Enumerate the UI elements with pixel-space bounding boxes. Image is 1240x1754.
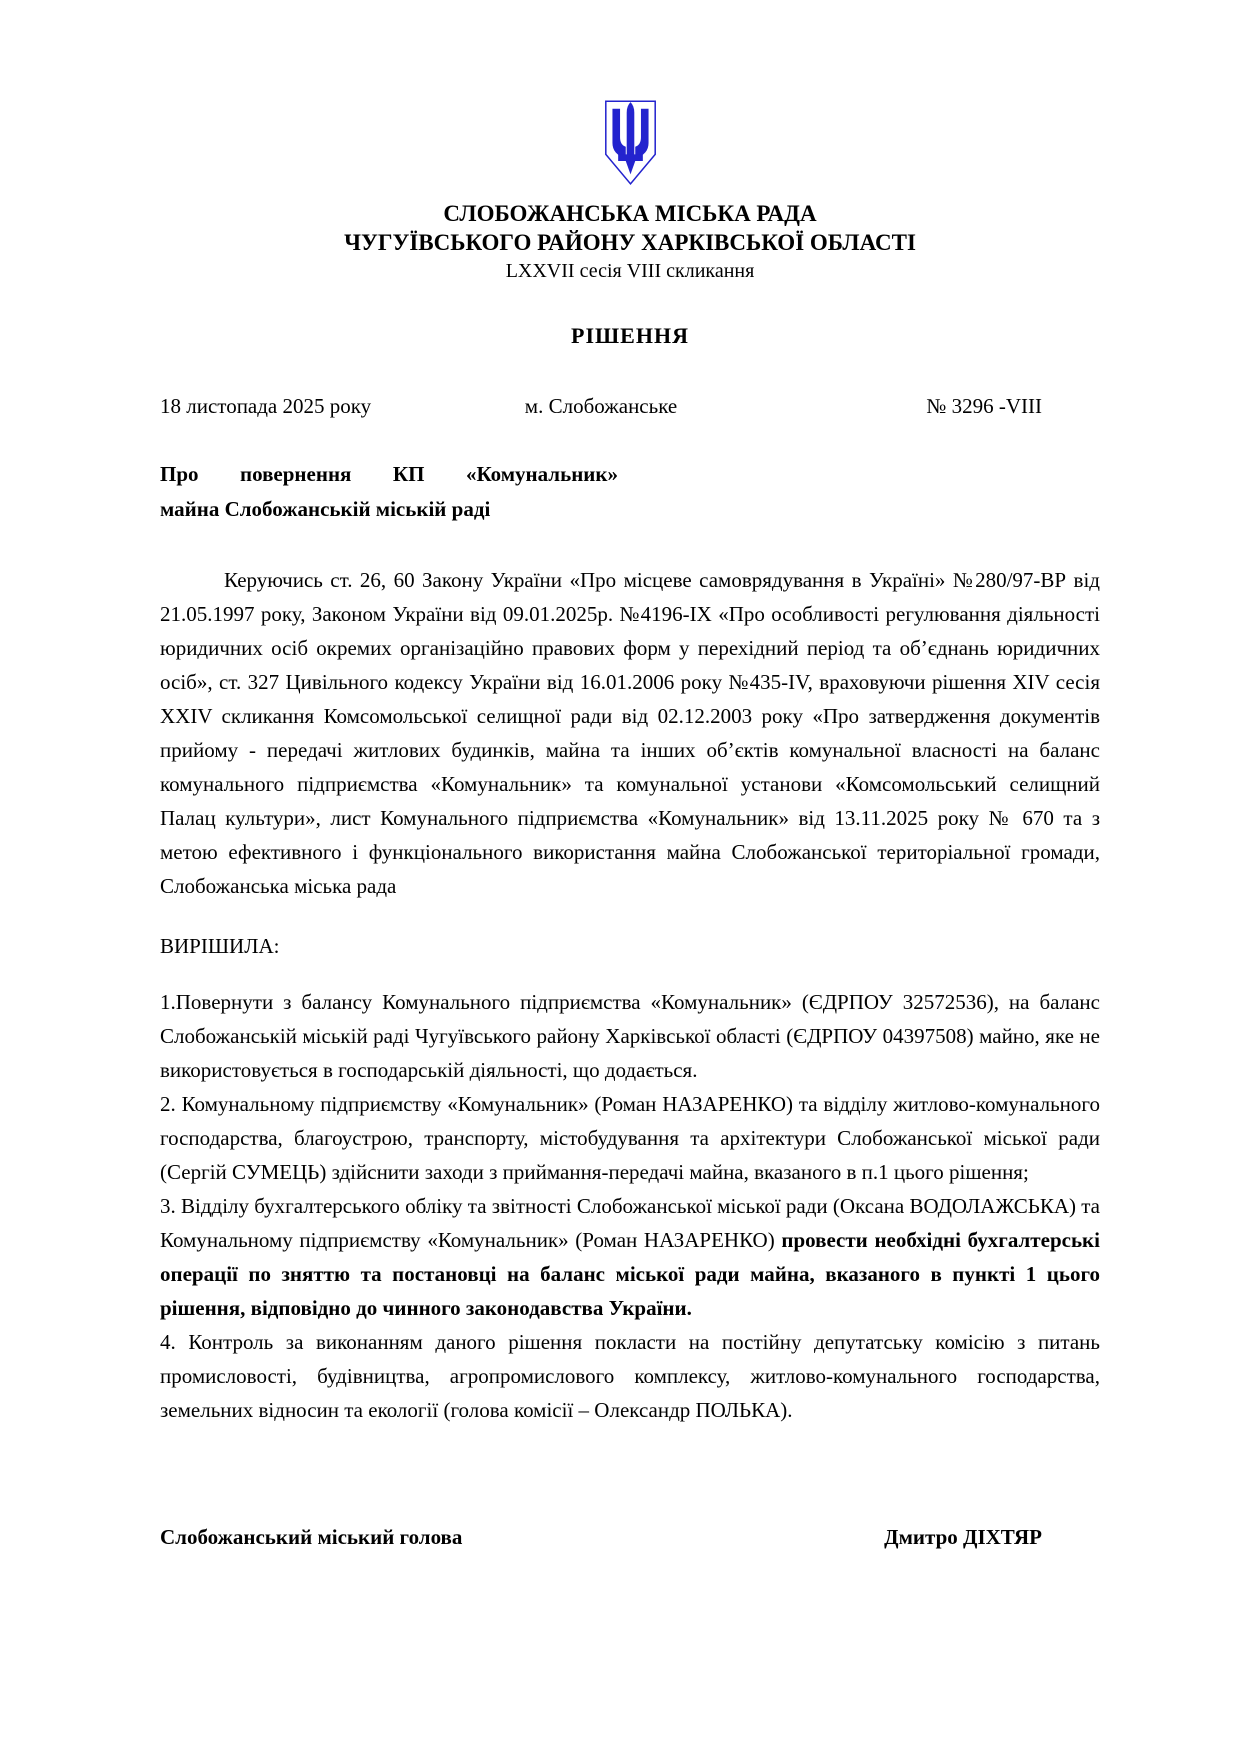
- subject-line-1: Про повернення КП «Комунальник»: [160, 457, 618, 492]
- resolution-item-1: 1.Повернути з балансу Комунального підпр…: [160, 985, 1100, 1087]
- resolution-item-2-text: 2. Комунальному підприємству «Комунальни…: [160, 1092, 1100, 1184]
- decision-subject: Про повернення КП «Комунальник» майна Сл…: [160, 457, 618, 527]
- decision-place: м. Слобожанське: [454, 391, 748, 421]
- subject-line-2: майна Слобожанській міській раді: [160, 492, 618, 527]
- council-name: СЛОБОЖАНСЬКА МІСЬКА РАДА: [160, 199, 1100, 228]
- ukraine-trident-emblem: [602, 98, 659, 188]
- meta-row: 18 листопада 2025 року м. Слобожанське №…: [160, 391, 1100, 421]
- resolution-item-4: 4. Контроль за виконанням даного рішення…: [160, 1325, 1100, 1427]
- resolution-item-1-text: 1.Повернути з балансу Комунального підпр…: [160, 990, 1100, 1082]
- session-line: LXXVII сесія VIII скликання: [160, 258, 1100, 285]
- district-name: ЧУГУЇВСЬКОГО РАЙОНУ ХАРКІВСЬКОЇ ОБЛАСТІ: [160, 228, 1100, 257]
- decision-document-page: СЛОБОЖАНСЬКА МІСЬКА РАДА ЧУГУЇВСЬКОГО РА…: [0, 0, 1240, 1754]
- resolved-label: ВИРІШИЛА:: [160, 929, 1100, 963]
- signer-name: Дмитро ДІХТЯР: [884, 1522, 1100, 1552]
- resolution-item-3: 3. Відділу бухгалтерського обліку та зві…: [160, 1189, 1100, 1325]
- preamble-paragraph: Керуючись ст. 26, 60 Закону України «Про…: [160, 563, 1100, 903]
- emblem-container: [160, 98, 1100, 193]
- resolution-item-4-text: 4. Контроль за виконанням даного рішення…: [160, 1330, 1100, 1422]
- signature-row: Слобожанський міський голова Дмитро ДІХТ…: [160, 1522, 1100, 1552]
- signer-position: Слобожанський міський голова: [160, 1522, 462, 1552]
- resolution-item-2: 2. Комунальному підприємству «Комунальни…: [160, 1087, 1100, 1189]
- decision-date: 18 листопада 2025 року: [160, 391, 454, 421]
- decision-number: № 3296 -VIII: [748, 391, 1100, 421]
- resolution-items: 1.Повернути з балансу Комунального підпр…: [160, 985, 1100, 1427]
- document-type-title: РІШЕННЯ: [160, 323, 1100, 349]
